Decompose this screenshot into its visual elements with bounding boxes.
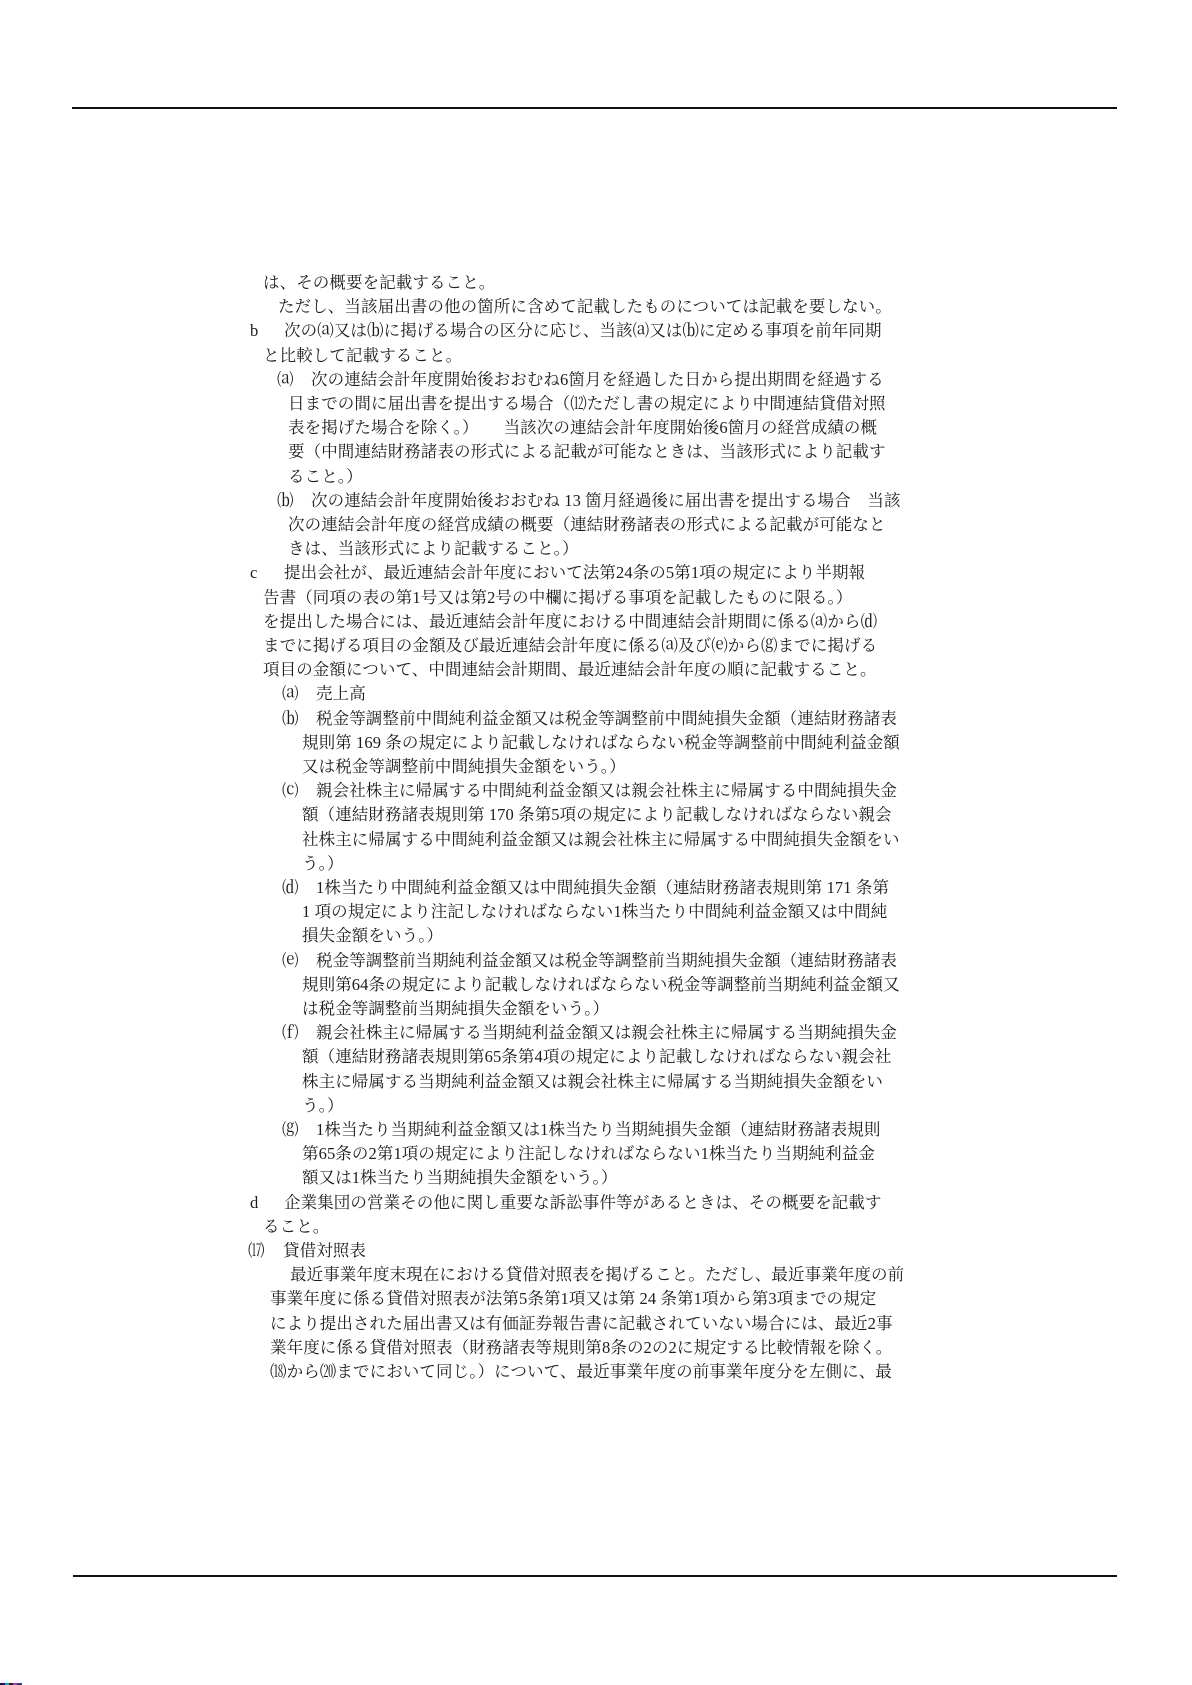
line-label: ⒜	[282, 684, 299, 705]
line-label: c	[250, 563, 257, 584]
line-text: 規則第 169 条の規定により記載しなければならない税金等調整前中間純利益金額	[302, 733, 900, 754]
text-line: 事業年度に係る貸借対照表が法第5条第1項又は第 24 条第1項から第3項までの規…	[0, 1289, 1192, 1313]
line-label: ⒡	[282, 1023, 299, 1044]
text-line: ⒡親会社株主に帰属する当期純利益金額又は親会社株主に帰属する当期純損失金	[0, 1023, 1192, 1047]
text-line: 額（連結財務諸表規則第65条第4項の規定により記載しなければならない親会社	[0, 1047, 1192, 1071]
line-text: 日までの間に届出書を提出する場合（⑿ただし書の規定により中間連結貸借対照	[288, 394, 886, 415]
text-line: ⒄貸借対照表	[0, 1241, 1192, 1265]
line-text: 事業年度に係る貸借対照表が法第5条第1項又は第 24 条第1項から第3項までの規…	[270, 1289, 876, 1310]
text-line: は税金等調整前当期純損失金額をいう。）	[0, 999, 1192, 1023]
line-text: 要（中間連結財務諸表の形式による記載が可能なときは、当該形式により記載す	[288, 442, 886, 463]
text-line: う。）	[0, 854, 1192, 878]
text-line: ⒞親会社株主に帰属する中間純利益金額又は親会社株主に帰属する中間純損失金	[0, 781, 1192, 805]
line-text: 親会社株主に帰属する中間純利益金額又は親会社株主に帰属する中間純損失金	[316, 781, 897, 802]
text-line: ⒜次の連結会計年度開始後おおむね6箇月を経過した日から提出期間を経過する	[0, 370, 1192, 394]
text-line: ただし、当該届出書の他の箇所に含めて記載したものについては記載を要しない。	[0, 297, 1192, 321]
text-line: d企業集団の営業その他に関し重要な訴訟事件等があるときは、その概要を記載す	[0, 1193, 1192, 1217]
text-line: 日までの間に届出書を提出する場合（⑿ただし書の規定により中間連結貸借対照	[0, 394, 1192, 418]
line-text: きは、当該形式により記載すること。）	[288, 539, 579, 560]
text-line: 額又は1株当たり当期純損失金額をいう。）	[0, 1168, 1192, 1192]
text-line: により提出された届出書又は有価証券報告書に記載されていない場合には、最近2事	[0, 1314, 1192, 1338]
text-line: 又は税金等調整前中間純損失金額をいう。）	[0, 757, 1192, 781]
line-text: と比較して記載すること。	[263, 346, 462, 367]
text-line: 規則第 169 条の規定により記載しなければならない税金等調整前中間純利益金額	[0, 733, 1192, 757]
line-text: 次の連結会計年度開始後おおむね6箇月を経過した日から提出期間を経過する	[311, 370, 884, 391]
line-text: ただし、当該届出書の他の箇所に含めて記載したものについては記載を要しない。	[278, 297, 892, 318]
line-text: 1株当たり当期純利益金額又は1株当たり当期純損失金額（連結財務諸表規則	[316, 1120, 881, 1141]
text-line: 最近事業年度末現在における貸借対照表を掲げること。ただし、最近事業年度の前	[0, 1265, 1192, 1289]
line-text: までに掲げる項目の金額及び最近連結会計年度に係る⒜及び⒠から⒢までに掲げる	[263, 636, 877, 657]
line-text: 貸借対照表	[283, 1241, 366, 1262]
text-line: 次の連結会計年度の経営成績の概要（連結財務諸表の形式による記載が可能なと	[0, 515, 1192, 539]
text-line: と比較して記載すること。	[0, 346, 1192, 370]
line-label: b	[250, 321, 258, 342]
line-text: 最近事業年度末現在における貸借対照表を掲げること。ただし、最近事業年度の前	[290, 1265, 904, 1286]
text-line: は、その概要を記載すること。	[0, 273, 1192, 297]
line-label: ⒝	[282, 709, 299, 730]
text-line: 額（連結財務諸表規則第 170 条第5項の規定により記載しなければならない親会	[0, 805, 1192, 829]
line-text: を提出した場合には、最近連結会計年度における中間連結会計期間に係る⒜から⒟	[263, 612, 877, 633]
line-text: 告書（同項の表の第1号又は第2号の中欄に掲げる事項を記載したものに限る。）	[263, 588, 852, 609]
line-text: 規則第64条の規定により記載しなければならない税金等調整前当期純利益金額又	[302, 975, 900, 996]
line-label: ⒞	[282, 781, 299, 802]
text-line: ⒅から⒇までにおいて同じ。）について、最近事業年度の前事業年度分を左側に、最	[0, 1362, 1192, 1386]
line-text: により提出された届出書又は有価証券報告書に記載されていない場合には、最近2事	[270, 1314, 893, 1335]
line-label: ⒄	[248, 1241, 265, 1262]
text-line: を提出した場合には、最近連結会計年度における中間連結会計期間に係る⒜から⒟	[0, 612, 1192, 636]
line-label: ⒝	[277, 491, 294, 512]
text-line: ⒝税金等調整前中間純利益金額又は税金等調整前中間純損失金額（連結財務諸表	[0, 709, 1192, 733]
line-text: 次の連結会計年度開始後おおむね 13 箇月経過後に届出書を提出する場合 当該	[311, 491, 901, 512]
text-line: 1 項の規定により注記しなければならない1株当たり中間純利益金額又は中間純	[0, 902, 1192, 926]
document-text: は、その概要を記載すること。ただし、当該届出書の他の箇所に含めて記載したものにつ…	[0, 0, 1192, 1685]
line-text: う。）	[302, 854, 344, 875]
text-line: ⒟1株当たり中間純利益金額又は中間純損失金額（連結財務諸表規則第 171 条第	[0, 878, 1192, 902]
text-line: 第65条の2第1項の規定により注記しなければならない1株当たり当期純利益金	[0, 1144, 1192, 1168]
line-label: d	[250, 1193, 258, 1214]
line-text: 1 項の規定により注記しなければならない1株当たり中間純利益金額又は中間純	[302, 902, 887, 923]
line-label: ⒠	[282, 951, 299, 972]
line-text: 額（連結財務諸表規則第65条第4項の規定により記載しなければならない親会社	[302, 1047, 891, 1068]
text-line: ること。	[0, 1217, 1192, 1241]
text-line: ⒠税金等調整前当期純利益金額又は税金等調整前当期純損失金額（連結財務諸表	[0, 951, 1192, 975]
text-line: 表を掲げた場合を除く。） 当該次の連結会計年度開始後6箇月の経営成績の概	[0, 418, 1192, 442]
line-text: 第65条の2第1項の規定により注記しなければならない1株当たり当期純利益金	[302, 1144, 875, 1165]
line-text: 業年度に係る貸借対照表（財務諸表等規則第8条の2の2に規定する比較情報を除く。	[270, 1338, 892, 1359]
text-line: 告書（同項の表の第1号又は第2号の中欄に掲げる事項を記載したものに限る。）	[0, 588, 1192, 612]
text-line: ⒢1株当たり当期純利益金額又は1株当たり当期純損失金額（連結財務諸表規則	[0, 1120, 1192, 1144]
bottom-rule	[73, 1575, 1117, 1577]
text-line: ⒝次の連結会計年度開始後おおむね 13 箇月経過後に届出書を提出する場合 当該	[0, 491, 1192, 515]
line-text: 税金等調整前当期純利益金額又は税金等調整前当期純損失金額（連結財務諸表	[316, 951, 897, 972]
text-line: 要（中間連結財務諸表の形式による記載が可能なときは、当該形式により記載す	[0, 442, 1192, 466]
line-text: ること。）	[288, 467, 363, 488]
text-line: b次の⒜又は⒝に掲げる場合の区分に応じ、当該⒜又は⒝に定める事項を前年同期	[0, 321, 1192, 345]
text-line: c提出会社が、最近連結会計年度において法第24条の5第1項の規定により半期報	[0, 563, 1192, 587]
line-label: ⒢	[282, 1120, 299, 1141]
text-line: きは、当該形式により記載すること。）	[0, 539, 1192, 563]
page: は、その概要を記載すること。ただし、当該届出書の他の箇所に含めて記載したものにつ…	[0, 0, 1192, 1685]
text-line: 社株主に帰属する中間純利益金額又は親会社株主に帰属する中間純損失金額をい	[0, 830, 1192, 854]
line-label: ⒟	[282, 878, 299, 899]
line-text: 企業集団の営業その他に関し重要な訴訟事件等があるときは、その概要を記載す	[284, 1193, 882, 1214]
line-text: ⒅から⒇までにおいて同じ。）について、最近事業年度の前事業年度分を左側に、最	[270, 1362, 892, 1383]
line-text: 税金等調整前中間純利益金額又は税金等調整前中間純損失金額（連結財務諸表	[316, 709, 897, 730]
line-text: 表を掲げた場合を除く。） 当該次の連結会計年度開始後6箇月の経営成績の概	[288, 418, 877, 439]
line-text: 親会社株主に帰属する当期純利益金額又は親会社株主に帰属する当期純損失金	[316, 1023, 897, 1044]
text-line: ること。）	[0, 467, 1192, 491]
line-text: は、その概要を記載すること。	[263, 273, 495, 294]
line-text: は税金等調整前当期純損失金額をいう。）	[302, 999, 609, 1020]
line-text: 額（連結財務諸表規則第 170 条第5項の規定により記載しなければならない親会	[302, 805, 892, 826]
text-line: 項目の金額について、中間連結会計期間、最近連結会計年度の順に記載すること。	[0, 660, 1192, 684]
line-text: 次の⒜又は⒝に掲げる場合の区分に応じ、当該⒜又は⒝に定める事項を前年同期	[284, 321, 882, 342]
line-text: 項目の金額について、中間連結会計期間、最近連結会計年度の順に記載すること。	[263, 660, 877, 681]
text-line: までに掲げる項目の金額及び最近連結会計年度に係る⒜及び⒠から⒢までに掲げる	[0, 636, 1192, 660]
line-text: う。）	[302, 1096, 344, 1117]
line-text: 次の連結会計年度の経営成績の概要（連結財務諸表の形式による記載が可能なと	[288, 515, 886, 536]
line-text: 又は税金等調整前中間純損失金額をいう。）	[302, 757, 626, 778]
line-text: 売上高	[316, 684, 366, 705]
line-text: ること。	[263, 1217, 329, 1238]
text-line: ⒜売上高	[0, 684, 1192, 708]
line-text: 提出会社が、最近連結会計年度において法第24条の5第1項の規定により半期報	[284, 563, 865, 584]
line-text: 損失金額をいう。）	[302, 926, 443, 947]
line-text: 社株主に帰属する中間純利益金額又は親会社株主に帰属する中間純損失金額をい	[302, 830, 900, 851]
text-line: 株主に帰属する当期純利益金額又は親会社株主に帰属する当期純損失金額をい	[0, 1072, 1192, 1096]
text-line: 業年度に係る貸借対照表（財務諸表等規則第8条の2の2に規定する比較情報を除く。	[0, 1338, 1192, 1362]
line-text: 額又は1株当たり当期純損失金額をいう。）	[302, 1168, 618, 1189]
text-line: う。）	[0, 1096, 1192, 1120]
text-line: 損失金額をいう。）	[0, 926, 1192, 950]
text-line: 規則第64条の規定により記載しなければならない税金等調整前当期純利益金額又	[0, 975, 1192, 999]
line-text: 1株当たり中間純利益金額又は中間純損失金額（連結財務諸表規則第 171 条第	[316, 878, 889, 899]
line-label: ⒜	[277, 370, 294, 391]
line-text: 株主に帰属する当期純利益金額又は親会社株主に帰属する当期純損失金額をい	[302, 1072, 883, 1093]
